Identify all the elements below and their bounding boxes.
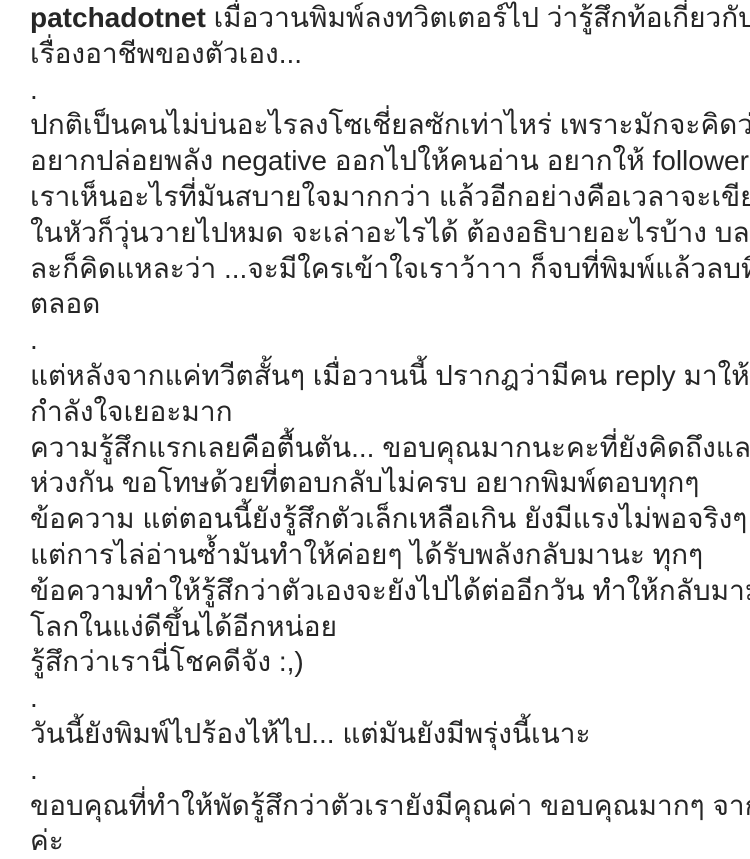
caption: patchadotnet เมื่อวานพิมพ์ลงทวิตเตอร์ไป … <box>30 0 730 859</box>
caption-line: ตลอด <box>30 286 730 322</box>
username[interactable]: patchadotnet <box>30 2 206 33</box>
caption-line: . <box>30 322 730 358</box>
caption-line: กำลังใจเยอะมาก <box>30 394 730 430</box>
caption-line: รู้สึกว่าเรานี่โชคดีจัง :,) <box>30 644 730 680</box>
caption-line: ข้อความ แต่ตอนนี้ยังรู้สึกตัวเล็กเหลือเก… <box>30 501 730 537</box>
caption-line: ละก็คิดแหละว่า ...จะมีใครเข้าใจเราว้าาา … <box>30 251 730 287</box>
caption-line: ขอบคุณที่ทำให้พัดรู้สึกว่าตัวเรายังมีคุณ… <box>30 788 730 824</box>
caption-line: ปกติเป็นคนไม่บ่นอะไรลงโซเชี่ยลซักเท่าไหร… <box>30 107 730 143</box>
caption-line: . <box>30 72 730 108</box>
caption-line: . <box>30 752 730 788</box>
caption-line: ความรู้สึกแรกเลยคือตื้นตัน... ขอบคุณมากน… <box>30 430 730 466</box>
caption-line: เรื่องอาชีพของตัวเอง... <box>30 36 730 72</box>
caption-line: patchadotnet เมื่อวานพิมพ์ลงทวิตเตอร์ไป … <box>30 0 730 36</box>
caption-line: แต่การไล่อ่านซ้ำมันทำให้ค่อยๆ ได้รับพลัง… <box>30 537 730 573</box>
caption-line: อยากปล่อยพลัง negative ออกไปให้คนอ่าน อย… <box>30 143 730 179</box>
caption-line: ค่ะ <box>30 823 730 859</box>
caption-line: ห่วงกัน ขอโทษด้วยที่ตอบกลับไม่ครบ อยากพิ… <box>30 465 730 501</box>
caption-line: วันนี้ยังพิมพ์ไปร้องไห้ไป... แต่มันยังมี… <box>30 716 730 752</box>
caption-line: ข้อความทำให้รู้สึกว่าตัวเองจะยังไปได้ต่อ… <box>30 573 730 609</box>
caption-line: ในหัวก็วุ่นวายไปหมด จะเล่าอะไรได้ ต้องอธ… <box>30 215 730 251</box>
caption-line: แต่หลังจากแค่ทวีตสั้นๆ เมื่อวานนี้ ปรากฎ… <box>30 358 730 394</box>
caption-line-text: เมื่อวานพิมพ์ลงทวิตเตอร์ไป ว่ารู้สึกท้อเ… <box>214 2 750 33</box>
caption-line: . <box>30 680 730 716</box>
caption-line: เราเห็นอะไรที่มันสบายใจมากกว่า แล้วอีกอย… <box>30 179 730 215</box>
caption-line: โลกในแง่ดีขึ้นได้อีกหน่อย <box>30 609 730 645</box>
